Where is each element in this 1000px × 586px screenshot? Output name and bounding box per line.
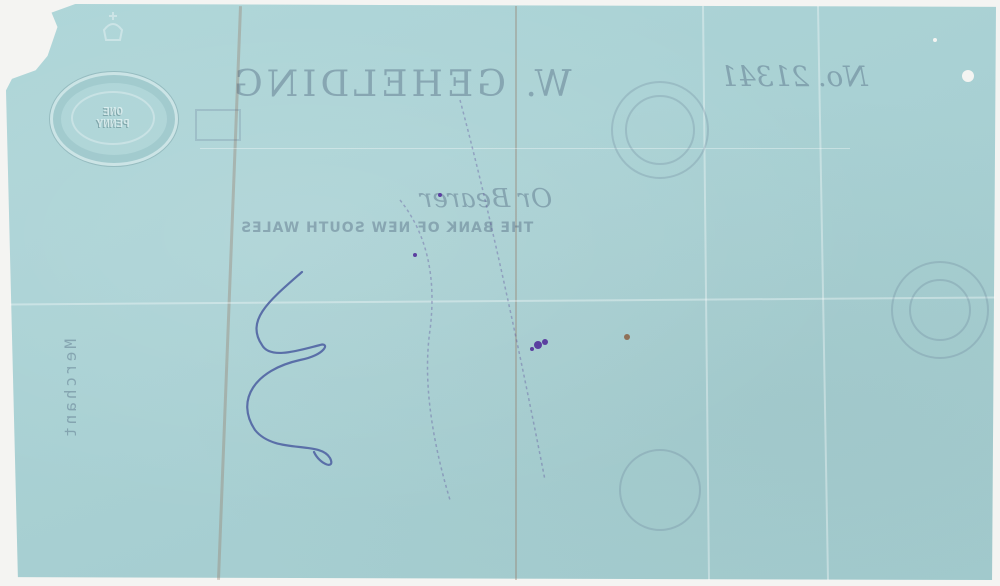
ornament-overlay [0,0,1000,586]
pen-scribble [247,272,331,465]
